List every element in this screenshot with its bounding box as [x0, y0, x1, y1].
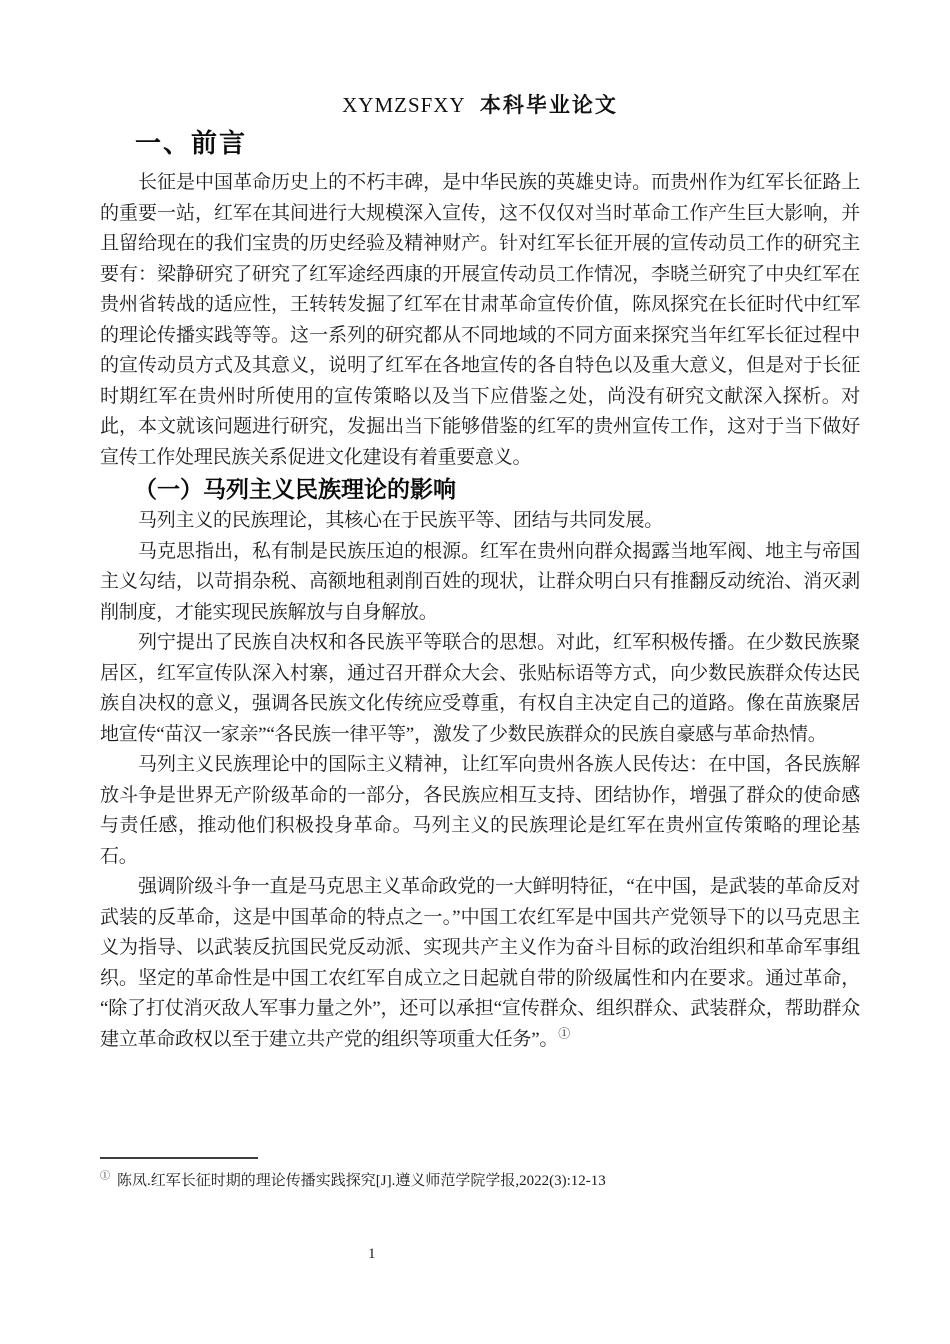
footnote-marker: ①	[100, 1171, 110, 1182]
header-thesis-label: 本科毕业论文	[480, 93, 618, 117]
footnote-reference-icon: ①	[558, 1026, 570, 1040]
footnote-text: 陈凤.红军长征时期的理论传播实践探究[J].遵义师范学院学报,2022(3):1…	[117, 1173, 606, 1189]
footnote: ①陈凤.红军长征时期的理论传播实践探究[J].遵义师范学院学报,2022(3):…	[100, 1166, 860, 1192]
paragraph-marx: 马克思指出，私有制是民族压迫的根源。红军在贵州向群众揭露当地军阀、地主与帝国主义…	[100, 537, 860, 629]
paragraph-lenin: 列宁提出了民族自决权和各民族平等联合的思想。对此，红军积极传播。在少数民族聚居区…	[100, 628, 860, 750]
page-content: XYMZSFXY 本科毕业论文 一、前言 长征是中国革命历史上的不朽丰碑，是中华…	[100, 90, 860, 1055]
footnote-area: ①陈凤.红军长征时期的理论传播实践探究[J].遵义师范学院学报,2022(3):…	[100, 1157, 860, 1192]
subsection-heading: （一）马列主义民族理论的影响	[100, 473, 860, 506]
paragraph-class-struggle: 强调阶级斗争一直是马克思主义革命政党的一大鲜明特征，“在中国，是武装的革命反对武…	[100, 872, 860, 1055]
footnote-separator	[100, 1157, 258, 1159]
page-number: 1	[368, 1246, 376, 1263]
paragraph-marxist-theory: 马列主义的民族理论，其核心在于民族平等、团结与共同发展。	[100, 506, 860, 537]
paragraph-internationalism: 马列主义民族理论中的国际主义精神，让红军向贵州各族人民传达：在中国，各民族解放斗…	[100, 750, 860, 872]
paragraph-text: 强调阶级斗争一直是马克思主义革命政党的一大鲜明特征，“在中国，是武装的革命反对武…	[100, 876, 860, 1050]
section-heading: 一、前言	[100, 126, 860, 160]
document-page: XYMZSFXY 本科毕业论文 一、前言 长征是中国革命历史上的不朽丰碑，是中华…	[0, 0, 950, 1344]
page-header: XYMZSFXY 本科毕业论文	[100, 90, 860, 120]
header-school-code: XYMZSFXY	[342, 93, 466, 117]
paragraph-intro: 长征是中国革命历史上的不朽丰碑，是中华民族的英雄史诗。而贵州作为红军长征路上的重…	[100, 168, 860, 473]
